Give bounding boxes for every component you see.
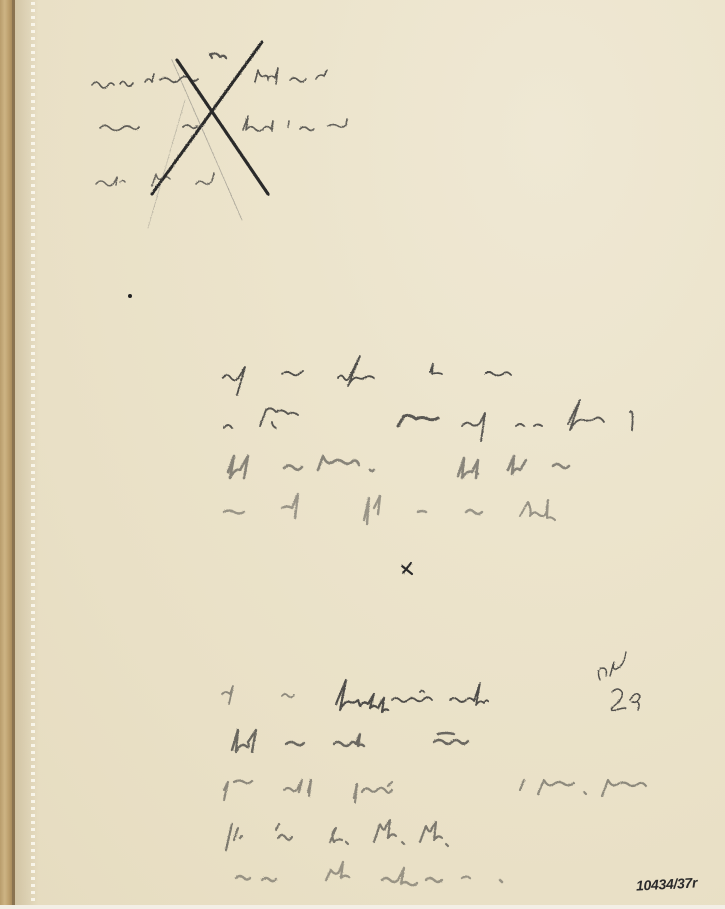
bottom-line-4 <box>226 820 448 850</box>
middle-block <box>223 356 633 574</box>
bottom-block <box>222 652 646 885</box>
margin-note <box>598 652 640 711</box>
middle-line-2 <box>224 400 633 441</box>
top-line-1 <box>92 53 327 88</box>
archive-number: 10434/37r <box>636 874 698 893</box>
x-marker <box>402 563 412 574</box>
middle-line-1 <box>223 356 511 395</box>
bottom-line-2 <box>232 730 468 752</box>
middle-line-4 <box>224 494 555 524</box>
cross-out-stroke-2 <box>152 42 262 194</box>
bottom-line-1 <box>222 680 488 712</box>
middle-line-3 <box>228 456 569 478</box>
cross-out-faint-stroke-2 <box>148 100 185 228</box>
handwriting-layer <box>0 0 725 909</box>
margin-number-29 <box>611 689 640 711</box>
bottom-line-3 <box>224 780 646 802</box>
bottom-line-5 <box>236 862 502 885</box>
top-block <box>92 42 347 228</box>
top-line-3 <box>96 173 214 186</box>
pencil-dot <box>128 294 132 298</box>
